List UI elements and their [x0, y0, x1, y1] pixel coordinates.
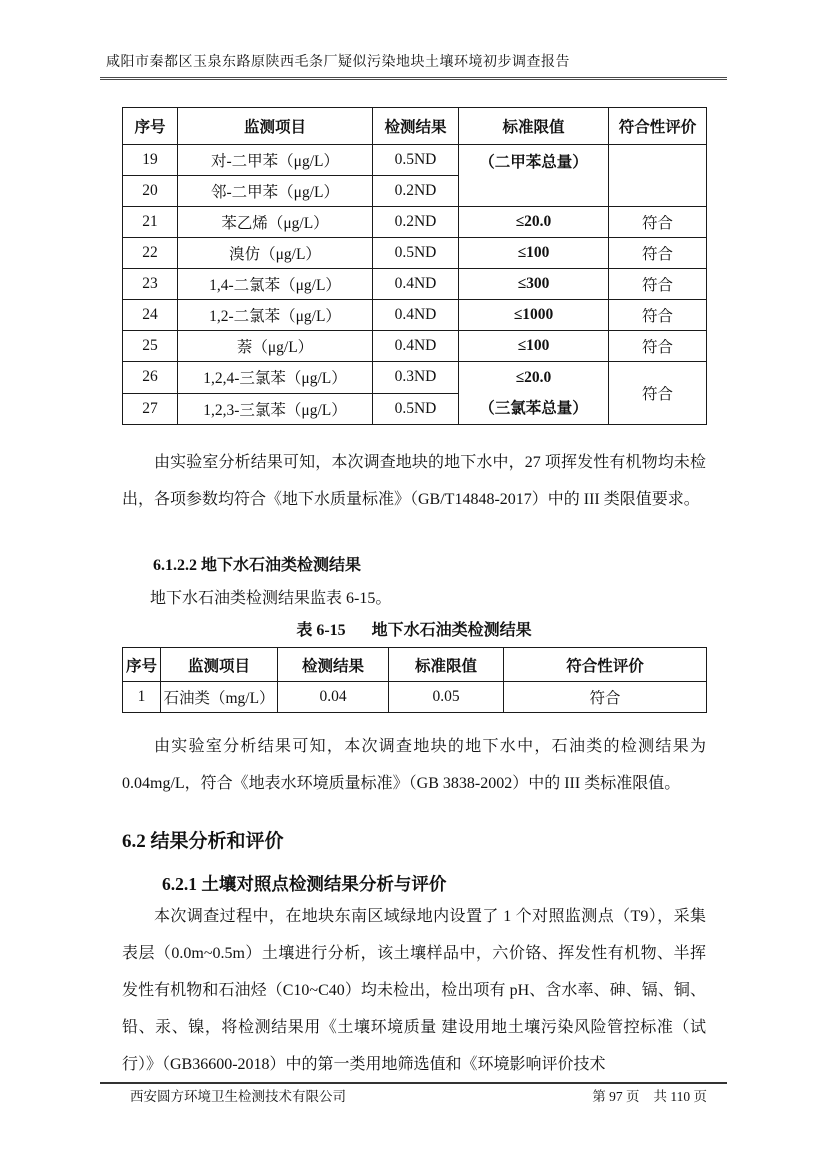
- petroleum-results-table: 序号 监测项目 检测结果 标准限值 符合性评价 1 石油类（mg/L） 0.04…: [122, 647, 707, 713]
- cell-seq: 19: [123, 145, 178, 176]
- footer-rule: [100, 1082, 727, 1084]
- cell-compliance: 符合: [504, 682, 707, 713]
- table-row: 22 溴仿（μg/L） 0.5ND ≤100 符合: [123, 238, 707, 269]
- table-row: 23 1,4-二氯苯（μg/L） 0.4ND ≤300 符合: [123, 269, 707, 300]
- cell-compliance: 符合: [609, 269, 707, 300]
- tcb-limit-value: ≤20.0: [459, 362, 608, 393]
- cell-limit: ≤100: [459, 238, 609, 269]
- table-row: 26 1,2,4-三氯苯（μg/L） 0.3ND ≤20.0 （三氯苯总量） 符…: [123, 362, 707, 394]
- col-header-result: 检测结果: [373, 108, 459, 145]
- table-row: 21 苯乙烯（μg/L） 0.2ND ≤20.0 符合: [123, 207, 707, 238]
- table-6-15-caption: 表 6-15地下水石油类检测结果: [122, 614, 706, 647]
- cell-item: 苯乙烯（μg/L）: [178, 207, 373, 238]
- cell-limit: 0.05: [389, 682, 504, 713]
- cell-seq: 23: [123, 269, 178, 300]
- table-row: 19 对-二甲苯（μg/L） 0.5ND （二甲苯总量）: [123, 145, 707, 176]
- cell-item: 邻-二甲苯（μg/L）: [178, 176, 373, 207]
- report-title: 咸阳市秦都区玉泉东路原陕西毛条厂疑似污染地块土壤环境初步调查报告: [106, 55, 570, 70]
- col-header-seq: 序号: [123, 648, 161, 682]
- col-header-limit: 标准限值: [459, 108, 609, 145]
- footer-company: 西安圆方环境卫生检测技术有限公司: [130, 1088, 346, 1106]
- cell-item: 石油类（mg/L）: [161, 682, 278, 713]
- page-header: 咸阳市秦都区玉泉东路原陕西毛条厂疑似污染地块土壤环境初步调查报告: [100, 53, 727, 80]
- footer-page-current: 第 97 页: [592, 1089, 639, 1104]
- cell-compliance: 符合: [609, 300, 707, 331]
- cell-limit: ≤300: [459, 269, 609, 300]
- col-header-item: 监测项目: [178, 108, 373, 145]
- table-row: 24 1,2-二氯苯（μg/L） 0.4ND ≤1000 符合: [123, 300, 707, 331]
- cell-result: 0.4ND: [373, 331, 459, 362]
- cell-item: 对-二甲苯（μg/L）: [178, 145, 373, 176]
- cell-seq: 22: [123, 238, 178, 269]
- cell-result: 0.5ND: [373, 393, 459, 425]
- cell-result: 0.3ND: [373, 362, 459, 394]
- voc-results-table: 序号 监测项目 检测结果 标准限值 符合性评价 19 对-二甲苯（μg/L） 0…: [122, 107, 707, 425]
- heading-6-2: 6.2 结果分析和评价: [122, 824, 706, 860]
- page-footer: 西安圆方环境卫生检测技术有限公司 第 97 页共 110 页: [100, 1088, 727, 1106]
- table-header-row: 序号 监测项目 检测结果 标准限值 符合性评价: [123, 108, 707, 145]
- cell-item: 1,2,3-三氯苯（μg/L）: [178, 393, 373, 425]
- cell-result: 0.4ND: [373, 269, 459, 300]
- cell-compliance: 符合: [609, 331, 707, 362]
- cell-seq: 1: [123, 682, 161, 713]
- heading-6-2-1: 6.2.1 土壤对照点检测结果分析与评价: [122, 866, 706, 902]
- footer-page-total: 共 110 页: [654, 1089, 708, 1104]
- cell-limit: ≤1000: [459, 300, 609, 331]
- col-header-limit: 标准限值: [389, 648, 504, 682]
- cell-result: 0.5ND: [373, 238, 459, 269]
- col-header-result: 检测结果: [278, 648, 389, 682]
- cell-item: 1,4-二氯苯（μg/L）: [178, 269, 373, 300]
- cell-seq: 27: [123, 393, 178, 425]
- table-row: 25 萘（μg/L） 0.4ND ≤100 符合: [123, 331, 707, 362]
- paragraph-petroleum-summary: 由实验室分析结果可知，本次调查地块的地下水中，石油类的检测结果为0.04mg/L…: [122, 728, 706, 802]
- table-header-row: 序号 监测项目 检测结果 标准限值 符合性评价: [123, 648, 707, 682]
- caption-label: 表 6-15: [296, 622, 345, 639]
- col-header-compliance: 符合性评价: [609, 108, 707, 145]
- cell-compliance: 符合: [609, 207, 707, 238]
- cell-limit: ≤20.0: [459, 207, 609, 238]
- cell-item: 1,2,4-三氯苯（μg/L）: [178, 362, 373, 394]
- cell-limit-tcb-total: ≤20.0 （三氯苯总量）: [459, 362, 609, 425]
- cell-compliance-tcb: 符合: [609, 362, 707, 425]
- cell-item: 1,2-二氯苯（μg/L）: [178, 300, 373, 331]
- cell-item: 萘（μg/L）: [178, 331, 373, 362]
- cell-result: 0.2ND: [373, 207, 459, 238]
- cell-seq: 20: [123, 176, 178, 207]
- paragraph-petroleum-intro: 地下水石油类检测结果监表 6-15。: [122, 582, 706, 615]
- cell-compliance: 符合: [609, 238, 707, 269]
- cell-item: 溴仿（μg/L）: [178, 238, 373, 269]
- table-row: 1 石油类（mg/L） 0.04 0.05 符合: [123, 682, 707, 713]
- caption-title: 地下水石油类检测结果: [372, 622, 532, 639]
- tcb-limit-note: （三氯苯总量）: [459, 393, 608, 424]
- cell-seq: 26: [123, 362, 178, 394]
- cell-seq: 21: [123, 207, 178, 238]
- cell-seq: 25: [123, 331, 178, 362]
- cell-compliance-empty: [609, 145, 707, 207]
- cell-result: 0.4ND: [373, 300, 459, 331]
- report-page: 咸阳市秦都区玉泉东路原陕西毛条厂疑似污染地块土壤环境初步调查报告 序号 监测项目…: [0, 0, 827, 1169]
- heading-6-1-2-2: 6.1.2.2 地下水石油类检测结果: [122, 549, 706, 582]
- cell-limit: ≤100: [459, 331, 609, 362]
- paragraph-voc-summary: 由实验室分析结果可知，本次调查地块的地下水中，27 项挥发性有机物均未检出，各项…: [122, 444, 706, 518]
- col-header-seq: 序号: [123, 108, 178, 145]
- paragraph-control-point-analysis: 本次调查过程中，在地块东南区域绿地内设置了 1 个对照监测点（T9），采集表层（…: [122, 898, 706, 1083]
- col-header-compliance: 符合性评价: [504, 648, 707, 682]
- cell-limit-xylene-total: （二甲苯总量）: [459, 145, 609, 207]
- footer-page-numbers: 第 97 页共 110 页: [592, 1088, 707, 1106]
- cell-seq: 24: [123, 300, 178, 331]
- cell-result: 0.2ND: [373, 176, 459, 207]
- cell-result: 0.04: [278, 682, 389, 713]
- cell-result: 0.5ND: [373, 145, 459, 176]
- col-header-item: 监测项目: [161, 648, 278, 682]
